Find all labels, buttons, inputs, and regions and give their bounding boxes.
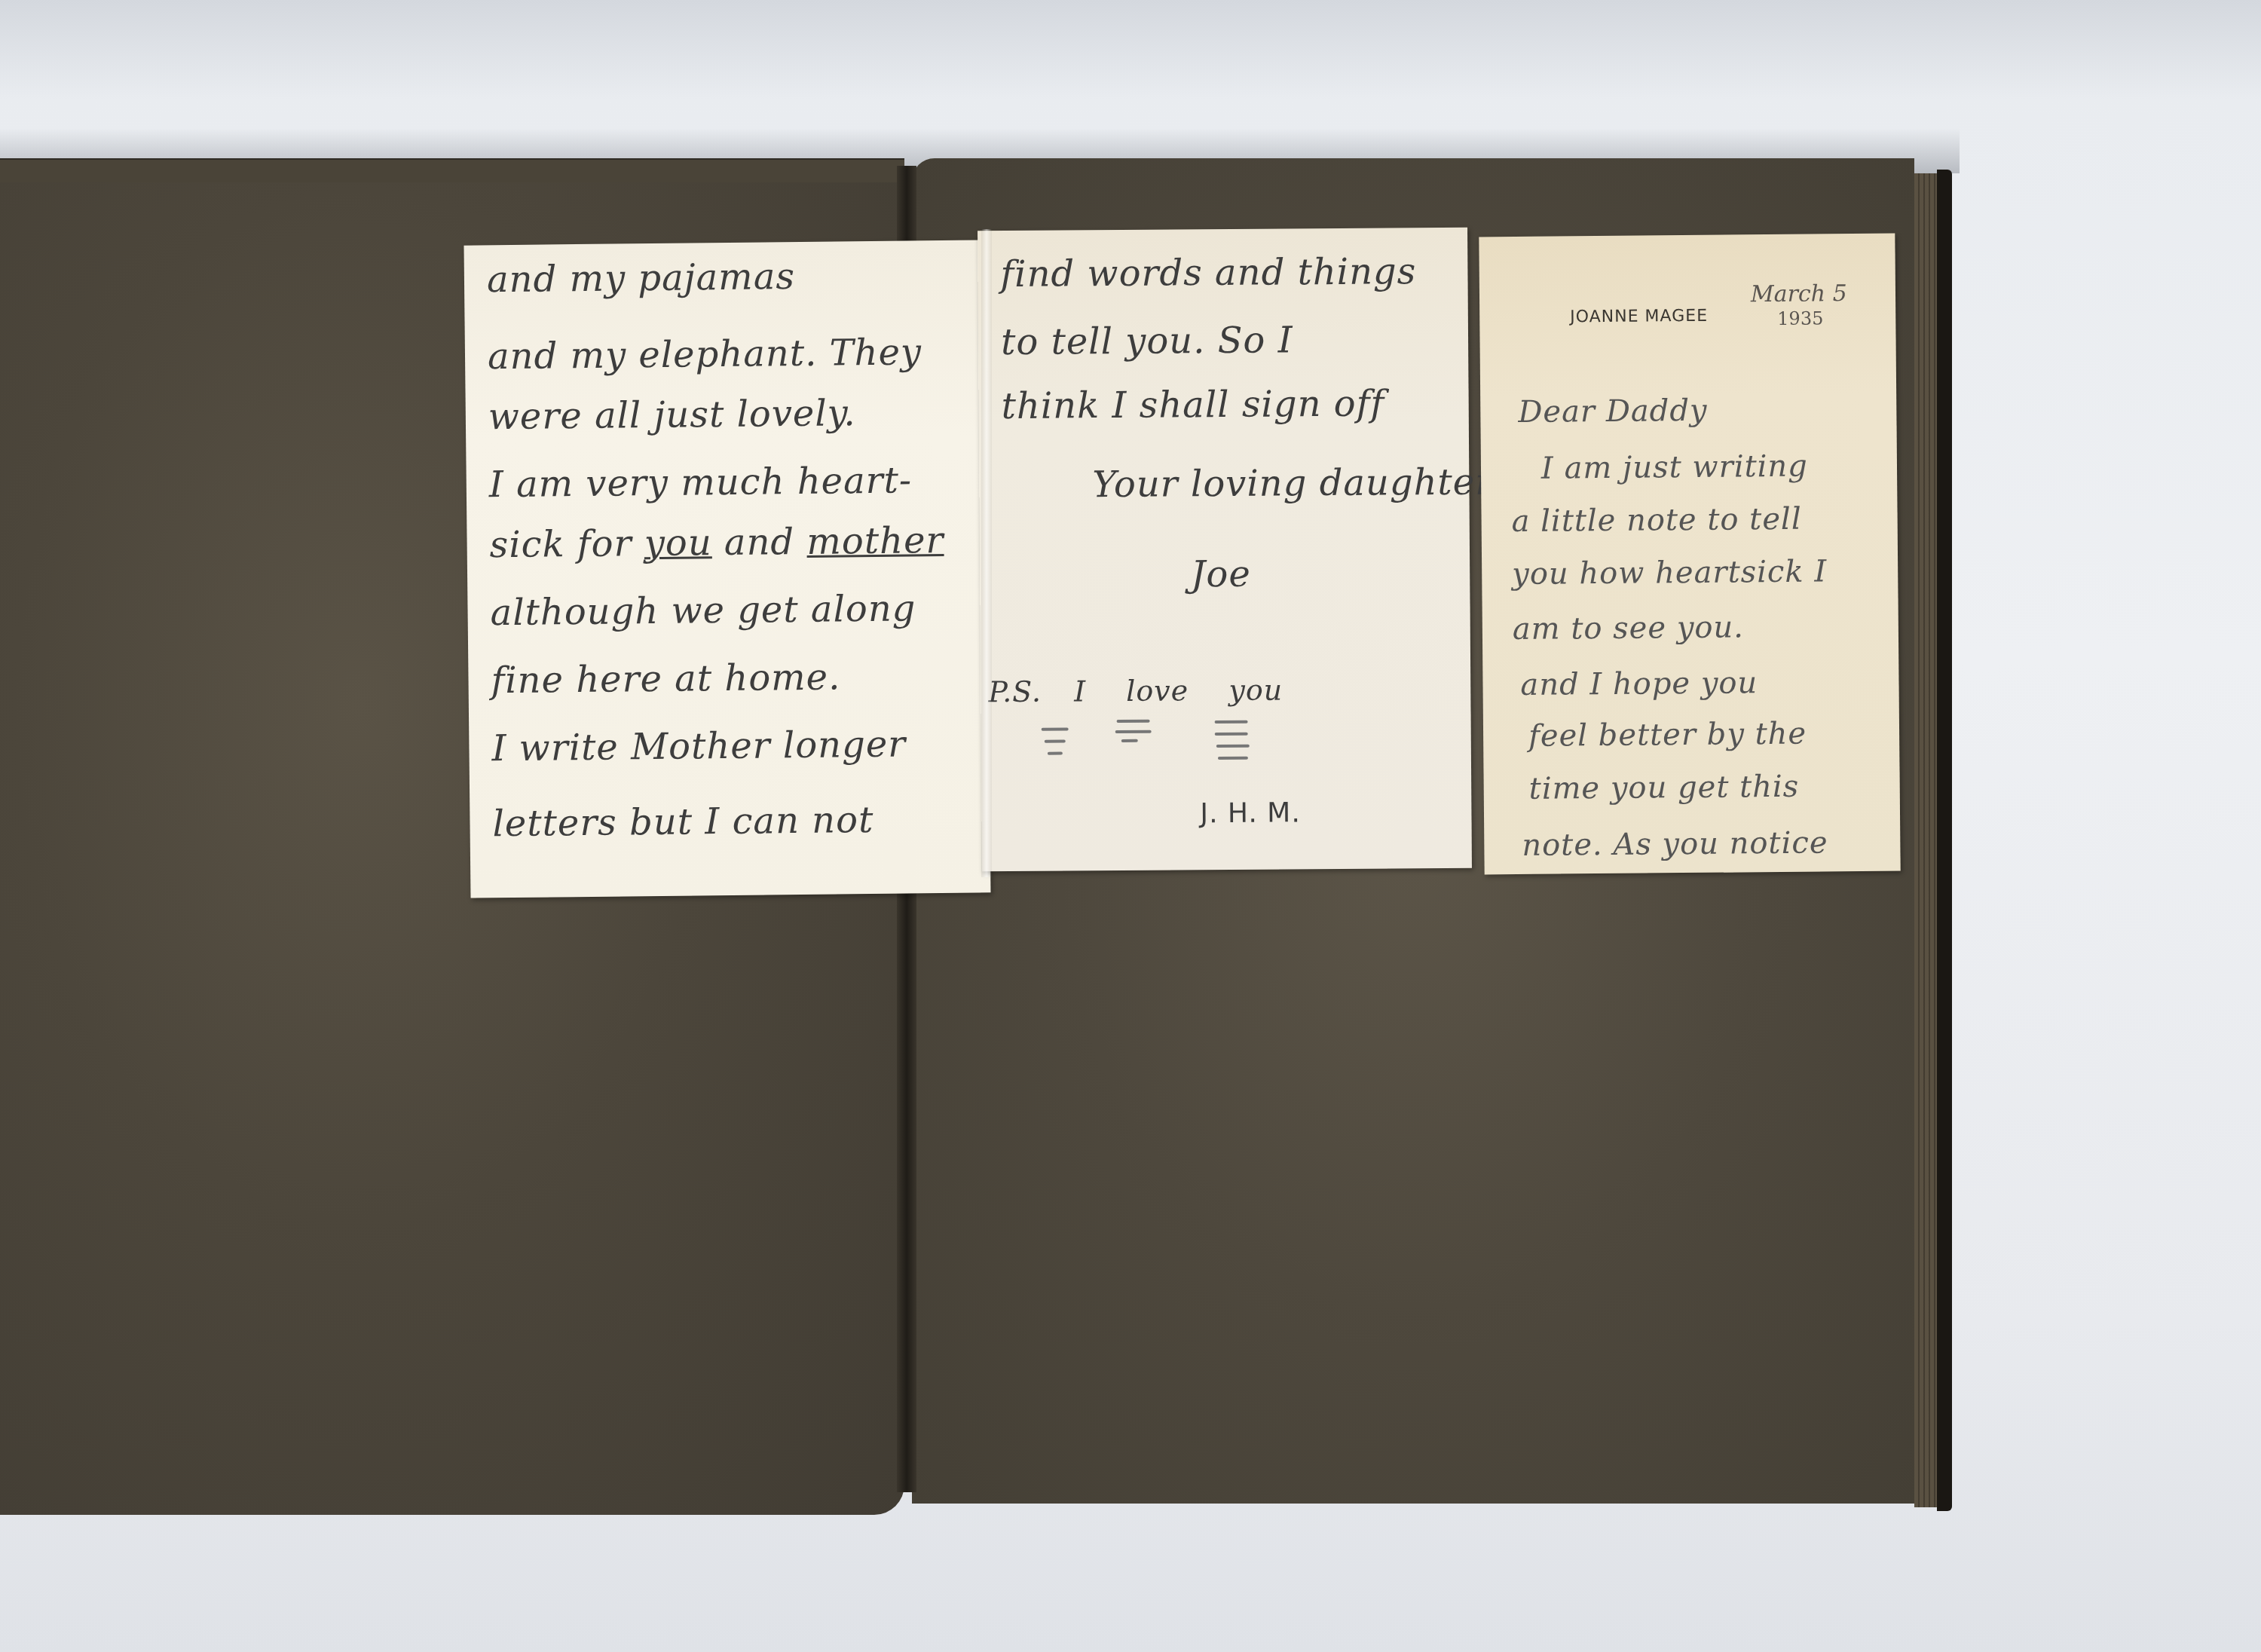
letter-line: fine here at home. — [491, 656, 840, 702]
letter-line: although we get along — [490, 587, 916, 634]
letter-line: think I shall sign off — [1001, 383, 1384, 428]
underline-mark — [1215, 720, 1248, 724]
ps-word: I — [1074, 675, 1086, 708]
note-line: feel better by the — [1528, 717, 1807, 754]
underline-mark — [1117, 720, 1150, 723]
letter-line: find words and things — [1000, 250, 1416, 295]
underline-mark — [1045, 739, 1066, 742]
underlined-word-mother: mother — [806, 519, 944, 563]
note-line: I am just writing — [1541, 449, 1808, 486]
letter-initials: J. H. M. — [1200, 797, 1301, 829]
underline-mark — [1048, 752, 1063, 755]
underlined-word-you: you — [644, 522, 712, 564]
note-line: am to see you. — [1513, 610, 1744, 647]
note-date-year: 1935 — [1777, 307, 1823, 329]
letter-word: sick for — [489, 522, 644, 566]
ps-word: love — [1126, 674, 1189, 708]
postscript: P.S. I love you — [988, 673, 1283, 708]
note-line: and I hope you — [1520, 665, 1758, 702]
letter-line: were all just lovely. — [488, 392, 856, 438]
letter-line: I am very much heart- — [489, 459, 913, 506]
letter-line: to tell you. So I — [1001, 319, 1293, 363]
underline-mark — [1215, 733, 1248, 736]
underline-mark — [1042, 727, 1069, 730]
ps-label: P.S. — [988, 675, 1042, 708]
underline-mark — [1115, 730, 1152, 733]
underline-mark — [1216, 745, 1250, 748]
letter-signature: Joe — [1191, 553, 1251, 596]
note-line: you how heartsick I — [1512, 554, 1827, 592]
letter-line: I write Mother longer — [491, 724, 906, 770]
letterhead: JOANNE MAGEE — [1570, 307, 1708, 327]
note-date-month: March 5 — [1751, 280, 1847, 307]
album-cover-edge — [1937, 170, 1952, 1511]
ps-word: you — [1228, 673, 1283, 707]
letter-fold-crease — [981, 229, 992, 877]
letter-line: and my pajamas — [487, 255, 796, 301]
note-salutation: Dear Daddy — [1518, 393, 1708, 430]
letter-right-panel: find words and things to tell you. So I … — [978, 228, 1472, 872]
underline-mark — [1121, 739, 1138, 742]
letter-line: and my elephant. They — [488, 331, 922, 378]
letter-line-underlined: sick for you and mother — [489, 519, 944, 566]
note-line: a little note to tell — [1511, 502, 1801, 539]
letter-line: letters but I can not — [492, 799, 873, 845]
underline-mark — [1218, 757, 1248, 760]
note-line: note. As you notice — [1522, 825, 1828, 863]
letter-left-panel: and my pajamas and my elephant. They wer… — [464, 240, 990, 898]
letter-word: and — [711, 521, 806, 564]
note-card: JOANNE MAGEE March 5 1935 Dear Daddy I a… — [1479, 234, 1900, 875]
note-line: time you get this — [1529, 769, 1800, 806]
letter-closing: Your loving daughter — [1092, 461, 1493, 506]
